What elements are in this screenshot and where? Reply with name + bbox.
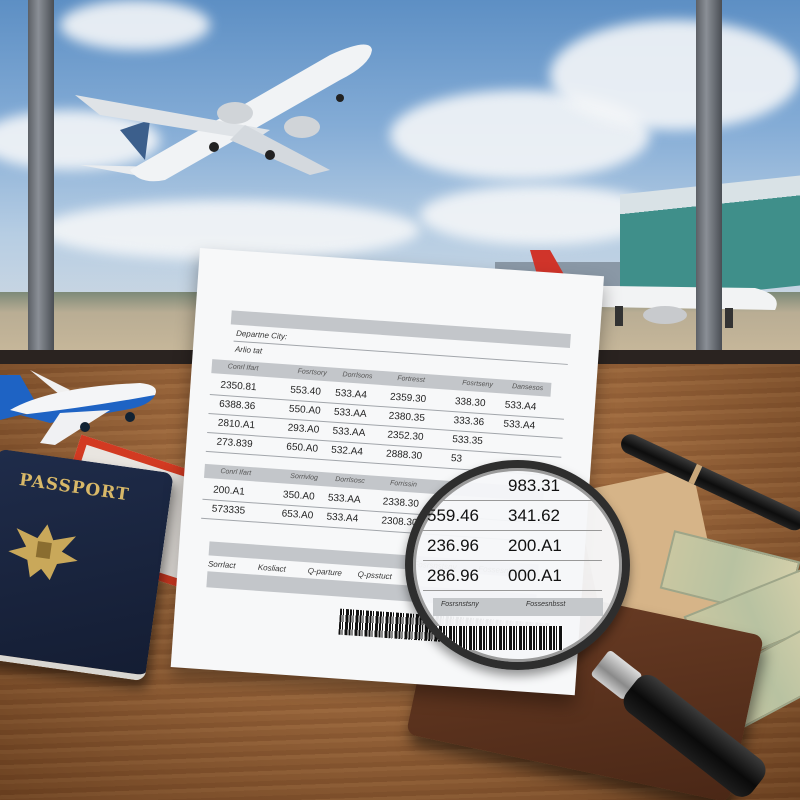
- table-cell: 550.A0: [289, 404, 321, 417]
- magnified-value: 000.A1: [508, 566, 562, 586]
- field-label: Departne City:: [236, 329, 288, 342]
- passport-title: PASSPORT: [18, 470, 131, 505]
- magnified-value: 559.46: [427, 506, 479, 526]
- table-cell: 53: [451, 453, 463, 465]
- row-divider: [423, 560, 602, 561]
- magnified-value: 236.96: [427, 536, 479, 556]
- magnified-label: Fosrsnstsny: [441, 601, 479, 608]
- table-cell: 533.35: [452, 434, 483, 447]
- magnified-value: 341.62: [508, 506, 560, 526]
- table-cell: 553.40: [290, 385, 321, 398]
- footer-label: Sorrlact: [208, 559, 236, 570]
- magnified-value: 286.96: [427, 566, 479, 586]
- table-cell: 273.839: [216, 437, 253, 450]
- magnifying-glass-lens[interactable]: 983.31559.46341.62236.96200.A1286.96000.…: [405, 460, 630, 670]
- window-frame: [696, 0, 722, 352]
- table-cell: 533.A4: [335, 388, 367, 401]
- table-cell: 650.A0: [286, 442, 318, 455]
- footer-label: Q-parture: [307, 566, 342, 577]
- cloud: [550, 20, 800, 130]
- table-cell: 653.A0: [281, 508, 313, 521]
- table-cell: 2352.30: [387, 430, 424, 443]
- table-cell: 338.30: [455, 396, 486, 409]
- table-cell: 533.A4: [503, 419, 535, 432]
- magnified-header-band: FosrsnstsnyFossesnbsst: [433, 598, 603, 616]
- table-cell: 293.A0: [287, 423, 319, 436]
- row-divider: [423, 590, 602, 591]
- magnified-value: 983.31: [508, 476, 560, 496]
- table-cell: 2810.A1: [217, 418, 255, 432]
- row-divider: [423, 530, 602, 531]
- magnified-value: 200.A1: [508, 536, 562, 556]
- passport[interactable]: PASSPORT: [0, 449, 174, 682]
- table-cell: 6388.36: [219, 399, 256, 412]
- row-divider: [423, 500, 602, 501]
- table-cell: 2350.81: [220, 380, 257, 393]
- window-frame: [28, 0, 54, 352]
- table-cell: 573335: [211, 503, 245, 516]
- field-label: Arlio tat: [235, 345, 263, 356]
- table-cell: 533.AA: [332, 426, 365, 439]
- table-cell: 2338.30: [382, 496, 419, 509]
- barcode: [405, 626, 563, 650]
- table-cell: 533.AA: [333, 407, 366, 420]
- footer-label: Kosliact: [258, 563, 287, 574]
- table-cell: 350.A0: [283, 489, 315, 502]
- table-cell: 533.AA: [327, 493, 360, 506]
- footer-label: Q-psstuct: [357, 570, 392, 581]
- eagle-emblem-icon: [0, 509, 88, 599]
- table-cell: 532.A4: [331, 445, 363, 458]
- table-cell: 2380.35: [388, 411, 425, 424]
- table-cell: 533.A4: [504, 400, 536, 413]
- table-cell: 2888.30: [386, 448, 423, 461]
- airplane-taking-off: [70, 35, 380, 185]
- table-cell: 200.A1: [213, 485, 245, 498]
- table-header-band: [211, 359, 551, 397]
- table-cell: 2359.30: [390, 392, 427, 405]
- table-cell: 333.36: [453, 415, 484, 428]
- table-cell: 533.A4: [326, 511, 358, 524]
- magnified-label: Fossesnbsst: [526, 601, 565, 608]
